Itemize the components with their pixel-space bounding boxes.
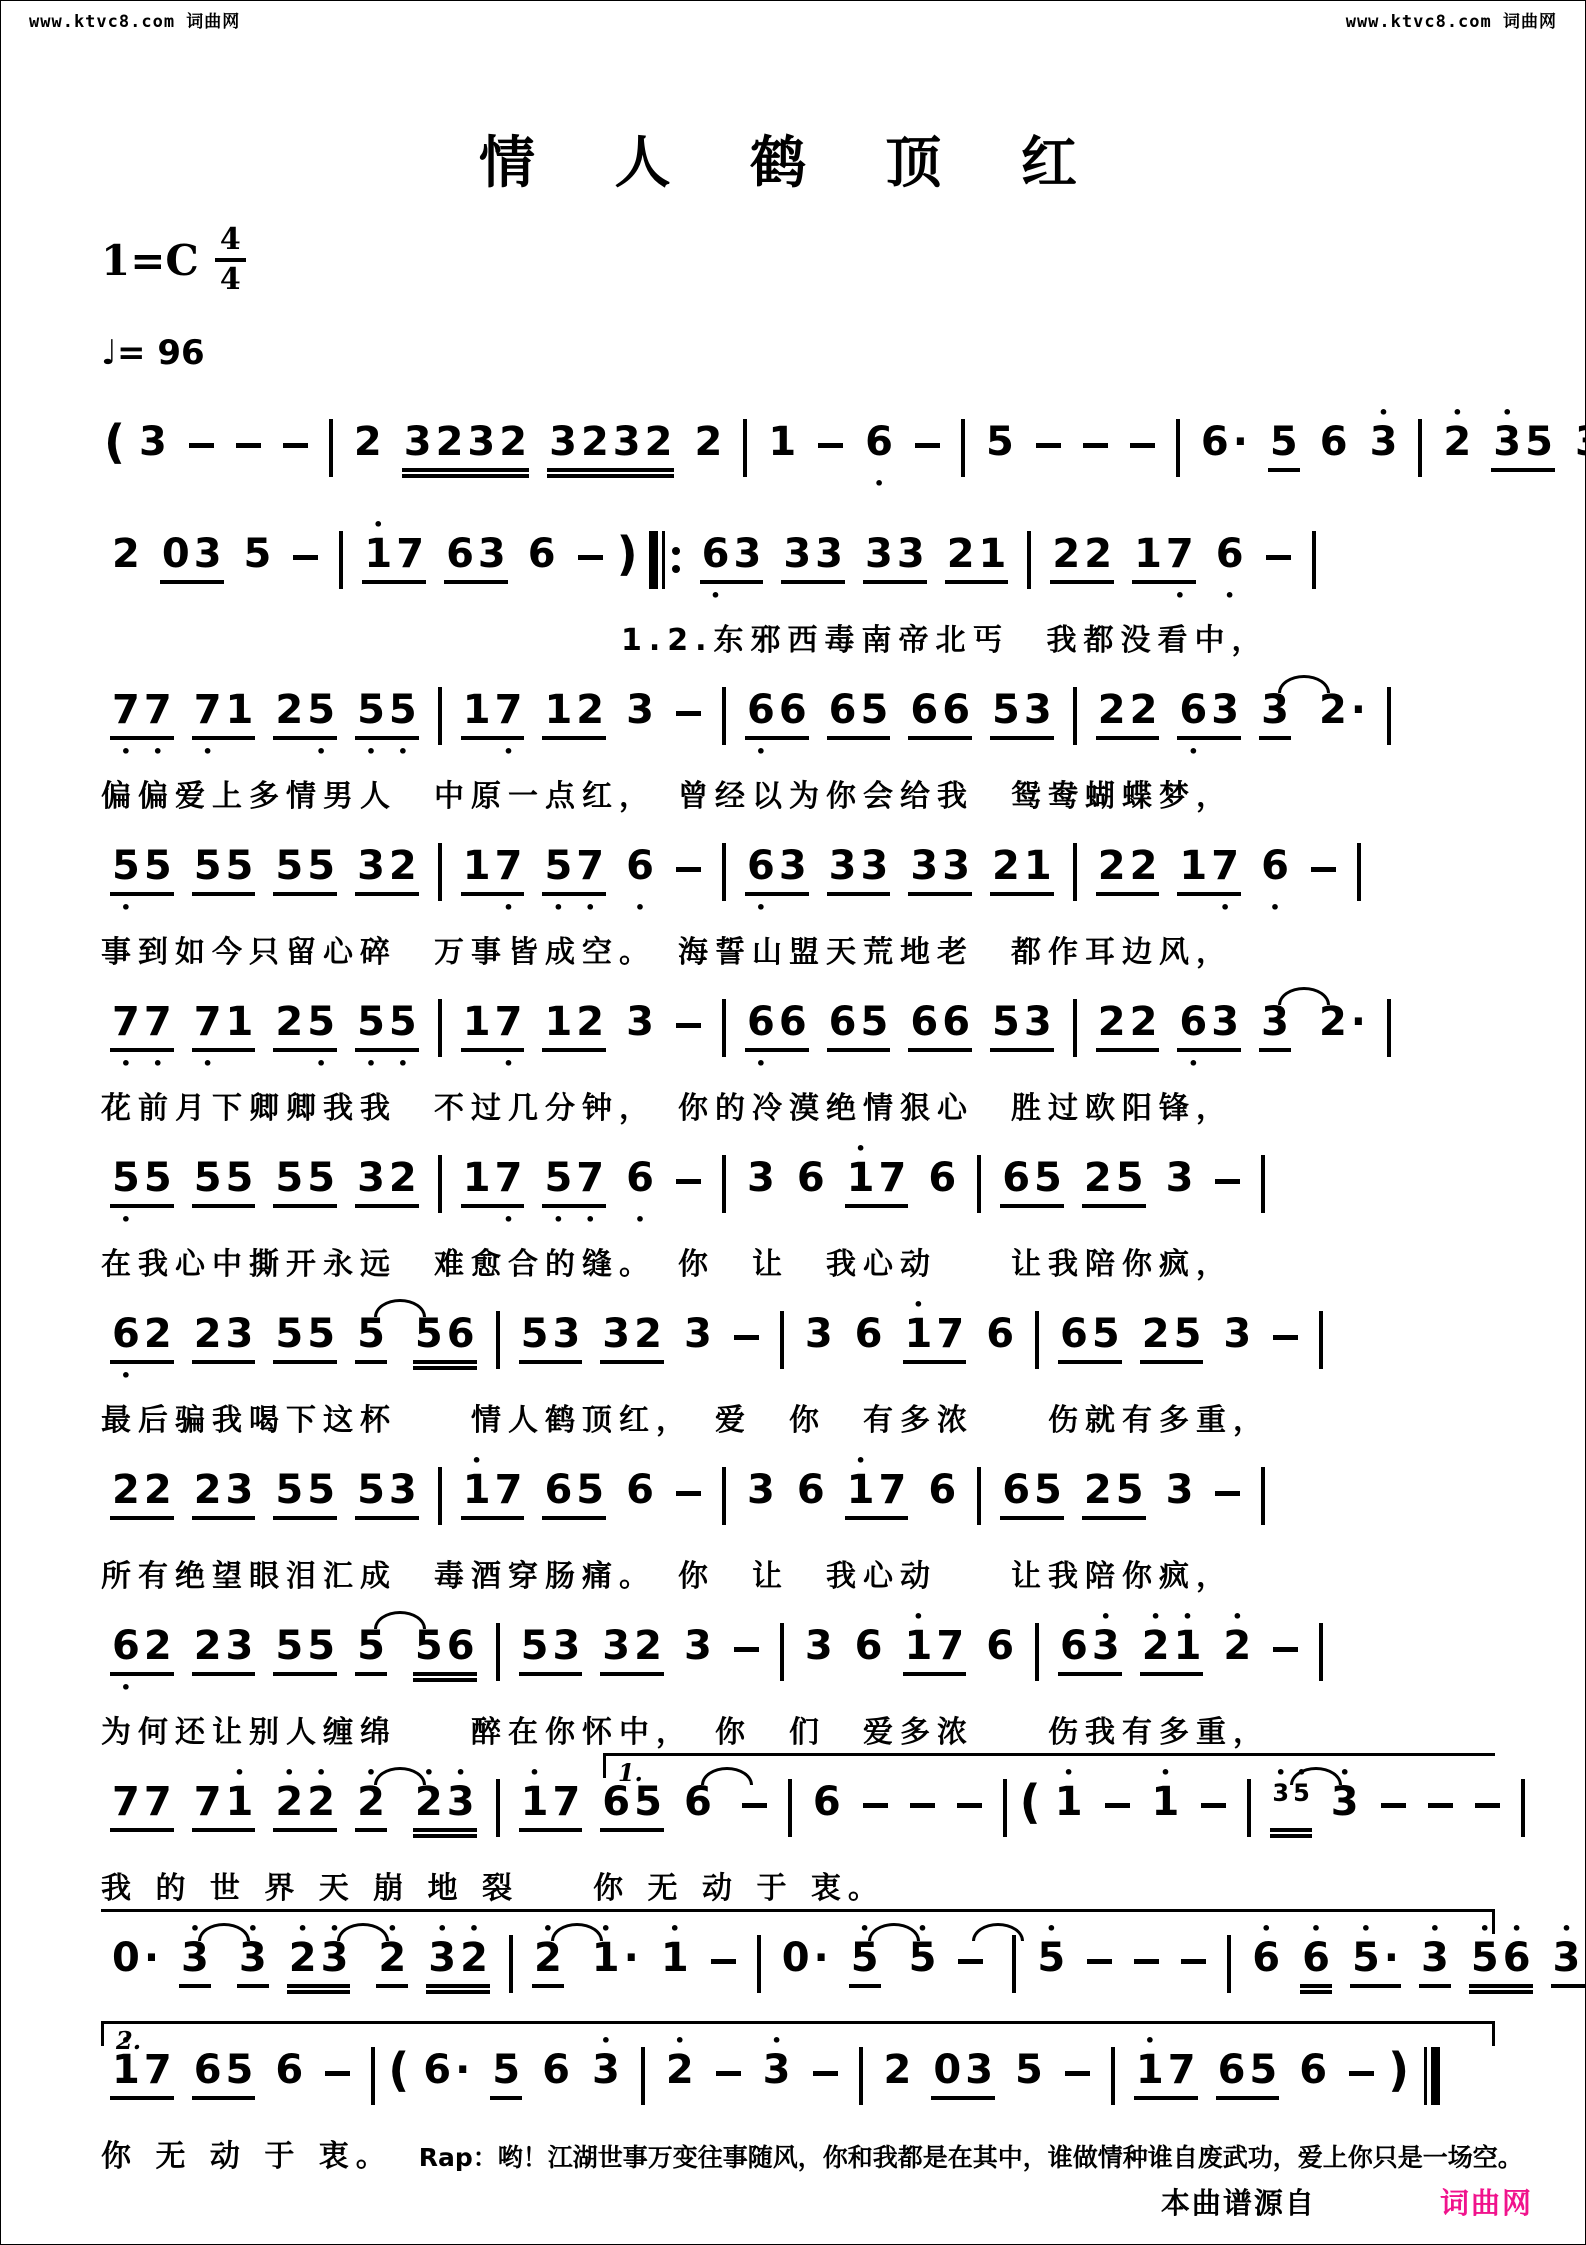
time-denominator: 4: [215, 262, 246, 295]
barline: [780, 1623, 784, 1681]
note-group: 5: [1268, 407, 1300, 490]
system: (3232323232216•56·56•3•2•353: [101, 407, 1495, 503]
note-group: 55: [192, 831, 256, 914]
note-group: 6: [811, 1767, 843, 1850]
duration-dash: [1311, 867, 1336, 872]
notation-line: •17656(6·56•3•2•32035•17656): [101, 2035, 1495, 2131]
note-digit: ·: [1231, 420, 1250, 466]
note-digit: 2: [990, 844, 1022, 890]
beam-underline: [777, 1048, 809, 1052]
note-digit: 7: [493, 1156, 525, 1202]
note-digit: 6: [827, 688, 859, 734]
octave-dot-below: •: [110, 1682, 142, 1694]
note-group: 21: [990, 831, 1054, 914]
note-digit: 3: [1164, 1468, 1196, 1514]
lyrics-text: 1.2.东邪西毒南帝北丐 我都没看中，: [621, 615, 1269, 659]
note-digit: 3: [1368, 420, 1400, 466]
note-digit: 2: [287, 1936, 319, 1982]
note-group: 55: [273, 831, 337, 914]
beam-underline: [1050, 580, 1082, 584]
beam-underline: [1032, 1204, 1064, 1208]
note-group: •2: [1221, 1611, 1253, 1694]
note-group: 1: [766, 407, 798, 490]
beam-underline: [445, 1828, 477, 1832]
beam-underline: [1177, 1048, 1209, 1052]
barline: [1521, 1779, 1525, 1837]
note-digit: ·: [1349, 688, 1368, 734]
note-digit: 7: [142, 1780, 174, 1826]
note-digit: 5: [355, 1312, 387, 1358]
note-group: 6: [526, 519, 558, 602]
note-group: 53: [990, 675, 1054, 758]
barline: [1035, 1623, 1039, 1681]
note-group: 21: [945, 519, 1009, 602]
duration-dash: [676, 711, 701, 716]
note-digit: 0: [110, 1936, 142, 1982]
beam-underline: [643, 468, 675, 472]
note-group: •2: [1441, 407, 1473, 490]
note-digit: 5: [355, 1468, 387, 1514]
open-paren: (: [104, 417, 125, 467]
note-digit: 3: [863, 532, 895, 578]
note-digit: 5: [859, 688, 891, 734]
note-group: 6•3: [745, 831, 809, 914]
note-group: 55: [273, 1143, 337, 1226]
note-group: •17: [903, 1611, 967, 1694]
duration-dash: [676, 1491, 701, 1496]
beam-underline: [110, 1048, 142, 1052]
note-digit: 5: [1035, 1936, 1067, 1982]
note-digit: 5: [984, 420, 1016, 466]
duration-dash: [325, 2071, 350, 2076]
beam-underline: [532, 1984, 564, 1988]
beam-underline: [849, 1984, 881, 1988]
note-group: 12: [542, 987, 606, 1070]
note-digit: 0: [780, 1936, 812, 1982]
note-digit: 2: [882, 2048, 914, 2094]
barline: [788, 1779, 792, 1837]
beam-underline: [305, 1828, 337, 1832]
note-digit: 2: [192, 1624, 224, 1670]
note-digit: 6: [908, 688, 940, 734]
note-group: 6•6: [745, 675, 809, 758]
system: 22235553•1765636•17665253所有绝望眼泪汇成 毒酒穿肠痛。…: [101, 1455, 1495, 1595]
lyrics-line: 偏偏爱上多情男人 中原一点红， 曾经以为你会给我 鸳鸯蝴蝶梦，: [101, 771, 1495, 815]
note-digit: 5: [305, 844, 337, 890]
beam-underline: [611, 468, 643, 472]
note-digit: 3: [1419, 1936, 1451, 1982]
barline: [1261, 1467, 1265, 1525]
note-digit: 6: [1259, 844, 1291, 890]
note-digit: 6: [624, 1468, 656, 1514]
beam-underline: [1209, 892, 1241, 896]
note-digit: 5: [305, 688, 337, 734]
note-group: 55: [273, 1299, 337, 1382]
beam-underline: [426, 1984, 458, 1988]
note-digit: 6: [984, 1624, 1016, 1670]
note-digit: 6: [745, 844, 777, 890]
beam-underline: [192, 1516, 224, 1520]
note-group: 6·: [421, 2035, 472, 2118]
beam-underline: [827, 736, 859, 740]
lyrics-line: 所有绝望眼泪汇成 毒酒穿肠痛。 你 让 我心动 让我陪你疯，: [101, 1551, 1495, 1595]
note-digit: 3: [1270, 1780, 1291, 1826]
beam-underline: [777, 736, 809, 740]
barline: [339, 531, 343, 589]
beam-underline: [490, 2096, 522, 2100]
duration-dash: [283, 443, 308, 448]
beam-underline: [1350, 1984, 1382, 1988]
note-digit: 3: [224, 1624, 256, 1670]
octave-dot-below: •: [700, 590, 732, 602]
note-digit: 3: [813, 532, 845, 578]
note-group: 6·: [1199, 407, 1250, 490]
note-digit: 6: [853, 1624, 885, 1670]
note-digit: 1: [1150, 1780, 1182, 1826]
beam-underline: [700, 580, 732, 584]
note-digit: 6: [421, 2048, 453, 2094]
beam-underline: [142, 1516, 174, 1520]
note-group: •5•6: [1469, 1923, 1533, 2006]
volta-bracket: 2.: [101, 2021, 1495, 2046]
note-digit: 2: [692, 420, 724, 466]
note-digit: 0: [160, 532, 192, 578]
beam-underline: [273, 1360, 305, 1364]
note-digit: 1: [659, 1936, 691, 1982]
beam-underline: [1216, 2096, 1248, 2100]
note-digit: 6: [745, 1000, 777, 1046]
note-digit: 3: [1209, 688, 1241, 734]
note-digit: 1: [461, 1468, 493, 1514]
beam-underline: [1172, 1672, 1204, 1676]
note-digit: 3: [1573, 420, 1586, 466]
beam-underline: [273, 1048, 305, 1052]
lyrics-text: 为何还让别人缠绵 醉在你怀中， 你 们 爱多浓 伤我有多重，: [101, 1707, 1270, 1751]
barline: [1012, 1935, 1016, 1993]
note-group: 32: [355, 831, 419, 914]
beam-underline: [1291, 1828, 1312, 1832]
note-digit: 7: [934, 1624, 966, 1670]
note-digit: 7: [550, 1780, 582, 1826]
beam-underline: [1270, 1828, 1291, 1832]
note-digit: 3: [624, 1000, 656, 1046]
note-digit: 6: [1000, 1156, 1032, 1202]
duration-dash: [1083, 443, 1108, 448]
beam-underline: [1096, 892, 1128, 896]
note-group: 55: [192, 1143, 256, 1226]
beam-underline: [192, 1360, 224, 1364]
note-digit: 1: [1132, 532, 1164, 578]
note-digit: 1: [1134, 2048, 1166, 2094]
beam-underline: [305, 892, 337, 896]
beam-underline: [745, 1048, 777, 1052]
note-digit: 6: [1199, 420, 1231, 466]
note-group: 23: [192, 1611, 256, 1694]
note-digit: 3: [895, 532, 927, 578]
barline: [438, 1155, 442, 1213]
note-group: 0·: [110, 1923, 161, 2006]
beam-underline: [273, 1516, 305, 1520]
beam-underline: [493, 892, 525, 896]
beam-underline: [1128, 736, 1160, 740]
beam-underline: [461, 1204, 493, 1208]
note-digit: 2: [1096, 844, 1128, 890]
final-barline: [1420, 2047, 1440, 2105]
beam-underline: [1172, 1360, 1204, 1364]
octave-dot-below: •: [142, 1058, 174, 1070]
note-digit: 5: [574, 1468, 606, 1514]
note-digit: 2: [142, 1312, 174, 1358]
note-digit: 3: [682, 1624, 714, 1670]
note-group: 22: [110, 1455, 174, 1538]
note-digit: 5: [305, 1624, 337, 1670]
note-digit: 6: [940, 1000, 972, 1046]
beam-underline: [1177, 736, 1209, 740]
beam-underline: [355, 1048, 387, 1052]
beam-underline: [110, 2096, 142, 2100]
beam-underline: [110, 1672, 142, 1676]
notation-line: 777•1•2•2•2•2•3•176566(•1•1•3•5•3: [101, 1767, 1495, 1863]
note-digit: 2: [1441, 420, 1473, 466]
note-digit: 2: [1317, 688, 1349, 734]
note-group: 17•: [461, 987, 525, 1070]
beam-underline: [1032, 1516, 1064, 1520]
octave-dot-below: •: [542, 902, 574, 914]
note-group: 3: [1221, 1299, 1253, 1382]
barline: [641, 2047, 645, 2105]
beam-underline: [1114, 1516, 1146, 1520]
note-digit: 3: [137, 420, 169, 466]
note-group: 33: [827, 831, 891, 914]
beam-underline: [731, 580, 763, 584]
beam-underline: [963, 2096, 995, 2100]
notation-line: 22235553•1765636•17665253: [101, 1455, 1495, 1551]
note-group: 6•3: [700, 519, 764, 602]
beam-underline: [461, 1516, 493, 1520]
beam-underline: [940, 1048, 972, 1052]
barline: [496, 1623, 500, 1681]
beam-underline: [493, 1516, 525, 1520]
beam-underline: [574, 1204, 606, 1208]
octave-dot-below: •: [355, 746, 387, 758]
note-group: •17: [903, 1299, 967, 1382]
beam-underline: [1114, 1204, 1146, 1208]
beam-underline: [305, 1204, 337, 1208]
beam-underline: [781, 580, 813, 584]
note-digit: 6: [863, 420, 895, 466]
note-group: •3: [590, 2035, 622, 2118]
note-group: 3232: [402, 407, 529, 490]
note-digit: 5: [110, 1156, 142, 1202]
notation-line: 7•7•7•125•5•5•17•1236•6656653226•332·: [101, 987, 1495, 1083]
note-group: 3: [803, 1611, 835, 1694]
beam-underline: [476, 580, 508, 584]
note-digit: 7: [110, 688, 142, 734]
note-digit: 5: [907, 1936, 939, 1982]
octave-dot-below: •: [624, 1214, 656, 1226]
duration-dash: [1215, 1491, 1240, 1496]
note-group: 53: [519, 1611, 583, 1694]
beam-underline: [402, 468, 434, 472]
note-digit: 3: [355, 844, 387, 890]
beam-underline: [579, 468, 611, 472]
notation-line: 7•7•7•125•5•5•17•1236•6656653226•332·: [101, 675, 1495, 771]
beam-underline: [192, 892, 224, 896]
note-digit: 6: [110, 1624, 142, 1670]
note-digit: 1: [1172, 1624, 1204, 1670]
barline: [371, 2047, 375, 2105]
beam-underline: [273, 736, 305, 740]
note-digit: 6: [542, 1468, 574, 1514]
note-digit: 1: [903, 1312, 935, 1358]
note-digit: 6: [110, 1312, 142, 1358]
lyrics-text: 偏偏爱上多情男人 中原一点红， 曾经以为你会给我 鸳鸯蝴蝶梦，: [101, 771, 1233, 815]
note-digit: 2: [387, 844, 419, 890]
beam-underline: [1058, 1672, 1090, 1676]
note-digit: 6: [811, 1780, 843, 1826]
note-group: 66: [908, 987, 972, 1070]
note-group: 3: [1164, 1455, 1196, 1538]
time-signature: 4 4: [215, 225, 246, 295]
note-group: •3: [1368, 407, 1400, 490]
barline: [1319, 1623, 1323, 1681]
note-digit: 7: [1166, 2048, 1198, 2094]
beam-underline: [1128, 892, 1160, 896]
octave-dot-below: •: [110, 746, 142, 758]
note-digit: 1: [542, 688, 574, 734]
beam-underline: [1209, 736, 1241, 740]
note-group: •3•2: [426, 1923, 490, 2006]
beam-underline: [493, 1204, 525, 1208]
beam-underline: [903, 1360, 935, 1364]
beam-underline: [945, 580, 977, 584]
barline: [1387, 687, 1391, 745]
note-digit: 6: [926, 1468, 958, 1514]
beam-underline: [1096, 736, 1128, 740]
note-digit: 3: [1491, 420, 1523, 466]
note-digit: ·: [1382, 1936, 1401, 1982]
beam-underline: [1247, 2096, 1279, 2100]
note-digit: 6: [1297, 2048, 1329, 2094]
note-digit: 7: [493, 844, 525, 890]
note-digit: 3: [600, 1312, 632, 1358]
beam-underline: [940, 736, 972, 740]
note-group: 65: [192, 2035, 256, 2118]
note-group: 6•: [1259, 831, 1291, 914]
octave-dot-below: •: [110, 1370, 142, 1382]
note-group: 03: [931, 2035, 995, 2118]
beam-underline: [493, 736, 525, 740]
note-digit: 2: [1128, 844, 1160, 890]
note-digit: 3: [777, 844, 809, 890]
beam-underline: [1134, 2096, 1166, 2100]
time-numerator: 4: [215, 225, 246, 262]
note-digit: 3: [476, 532, 508, 578]
note-group: •6: [1250, 1923, 1282, 2006]
note-digit: 3: [550, 1312, 582, 1358]
note-digit: 3: [827, 844, 859, 890]
note-group: 33: [863, 519, 927, 602]
note-group: 7•1: [192, 987, 256, 1070]
note-group: 65: [827, 675, 891, 758]
note-group: 22: [1096, 987, 1160, 1070]
note-group: 25: [1082, 1455, 1146, 1538]
note-digit: 5: [413, 1312, 445, 1358]
volta-bracket: 1.: [603, 1753, 1495, 1778]
beam-underline: [1000, 1516, 1032, 1520]
barline: [1319, 1311, 1323, 1369]
note-digit: 1: [977, 532, 1009, 578]
note-digit: 2: [1082, 532, 1114, 578]
beam-underline: [1140, 1360, 1172, 1364]
beam-underline: [273, 1828, 305, 1832]
footer-source-text: 本曲谱源自: [1161, 2186, 1316, 2220]
note-digit: 5: [305, 1468, 337, 1514]
note-digit: 6: [1318, 420, 1350, 466]
beam-underline: [745, 892, 777, 896]
octave-dot-below: •: [493, 1058, 525, 1070]
watermark-top-right: www.ktvc8.com 词曲网: [1346, 7, 1557, 32]
note-group: 6: [1297, 2035, 1329, 2118]
note-digit: 2: [376, 1936, 408, 1982]
note-digit: 2: [387, 1156, 419, 1202]
note-digit: 1: [845, 1468, 877, 1514]
note-digit: ·: [812, 1936, 831, 1982]
beam-underline: [931, 2096, 963, 2100]
note-digit: 1: [461, 1000, 493, 1046]
note-digit: 2: [632, 1312, 664, 1358]
note-digit: 5: [542, 1156, 574, 1202]
note-digit: 6: [777, 1000, 809, 1046]
beam-underline: [908, 736, 940, 740]
beam-underline: [224, 1204, 256, 1208]
barline: [329, 419, 333, 477]
beam-underline: [110, 1828, 142, 1832]
note-group: 65: [1000, 1455, 1064, 1538]
barline: [1312, 531, 1316, 589]
note-digit: 2: [1096, 688, 1128, 734]
note-digit: 5: [387, 1000, 419, 1046]
duration-dash: [813, 2071, 838, 2076]
lyrics-line: 你 无 动 于 衷。Rap：哟！江湖世事万变往事随风，你和我都是在其中，谁做情种…: [101, 2131, 1495, 2175]
beam-underline: [224, 892, 256, 896]
note-digit: 2: [273, 1000, 305, 1046]
note-digit: 3: [745, 1468, 777, 1514]
octave-dot-below: •: [574, 902, 606, 914]
octave-dot-below: •: [863, 478, 895, 490]
note-digit: 2: [643, 420, 675, 466]
octave-dot-below: •: [542, 1214, 574, 1226]
note-group: 6: [984, 1299, 1016, 1382]
note-group: 65: [1000, 1143, 1064, 1226]
barline: [438, 999, 442, 1057]
note-group: 03: [160, 519, 224, 602]
note-digit: 7: [493, 688, 525, 734]
open-paren: (: [1020, 1777, 1041, 1827]
note-digit: 2: [110, 1468, 142, 1514]
note-group: •2•1: [1140, 1611, 1204, 1694]
octave-dot-below: •: [1177, 746, 1209, 758]
octave-dot-below: •: [110, 1214, 142, 1226]
note-group: 7•7•: [110, 987, 174, 1070]
lyrics-line: 花前月下卿卿我我 不过几分钟， 你的冷漠绝情狠心 胜过欧阳锋，: [101, 1083, 1495, 1127]
note-digit: 5: [224, 1156, 256, 1202]
note-group: 53: [355, 1455, 419, 1538]
note-digit: 2: [1128, 1000, 1160, 1046]
beam-underline: [445, 1360, 477, 1364]
beam-underline: [142, 892, 174, 896]
beam-underline: [977, 580, 1009, 584]
